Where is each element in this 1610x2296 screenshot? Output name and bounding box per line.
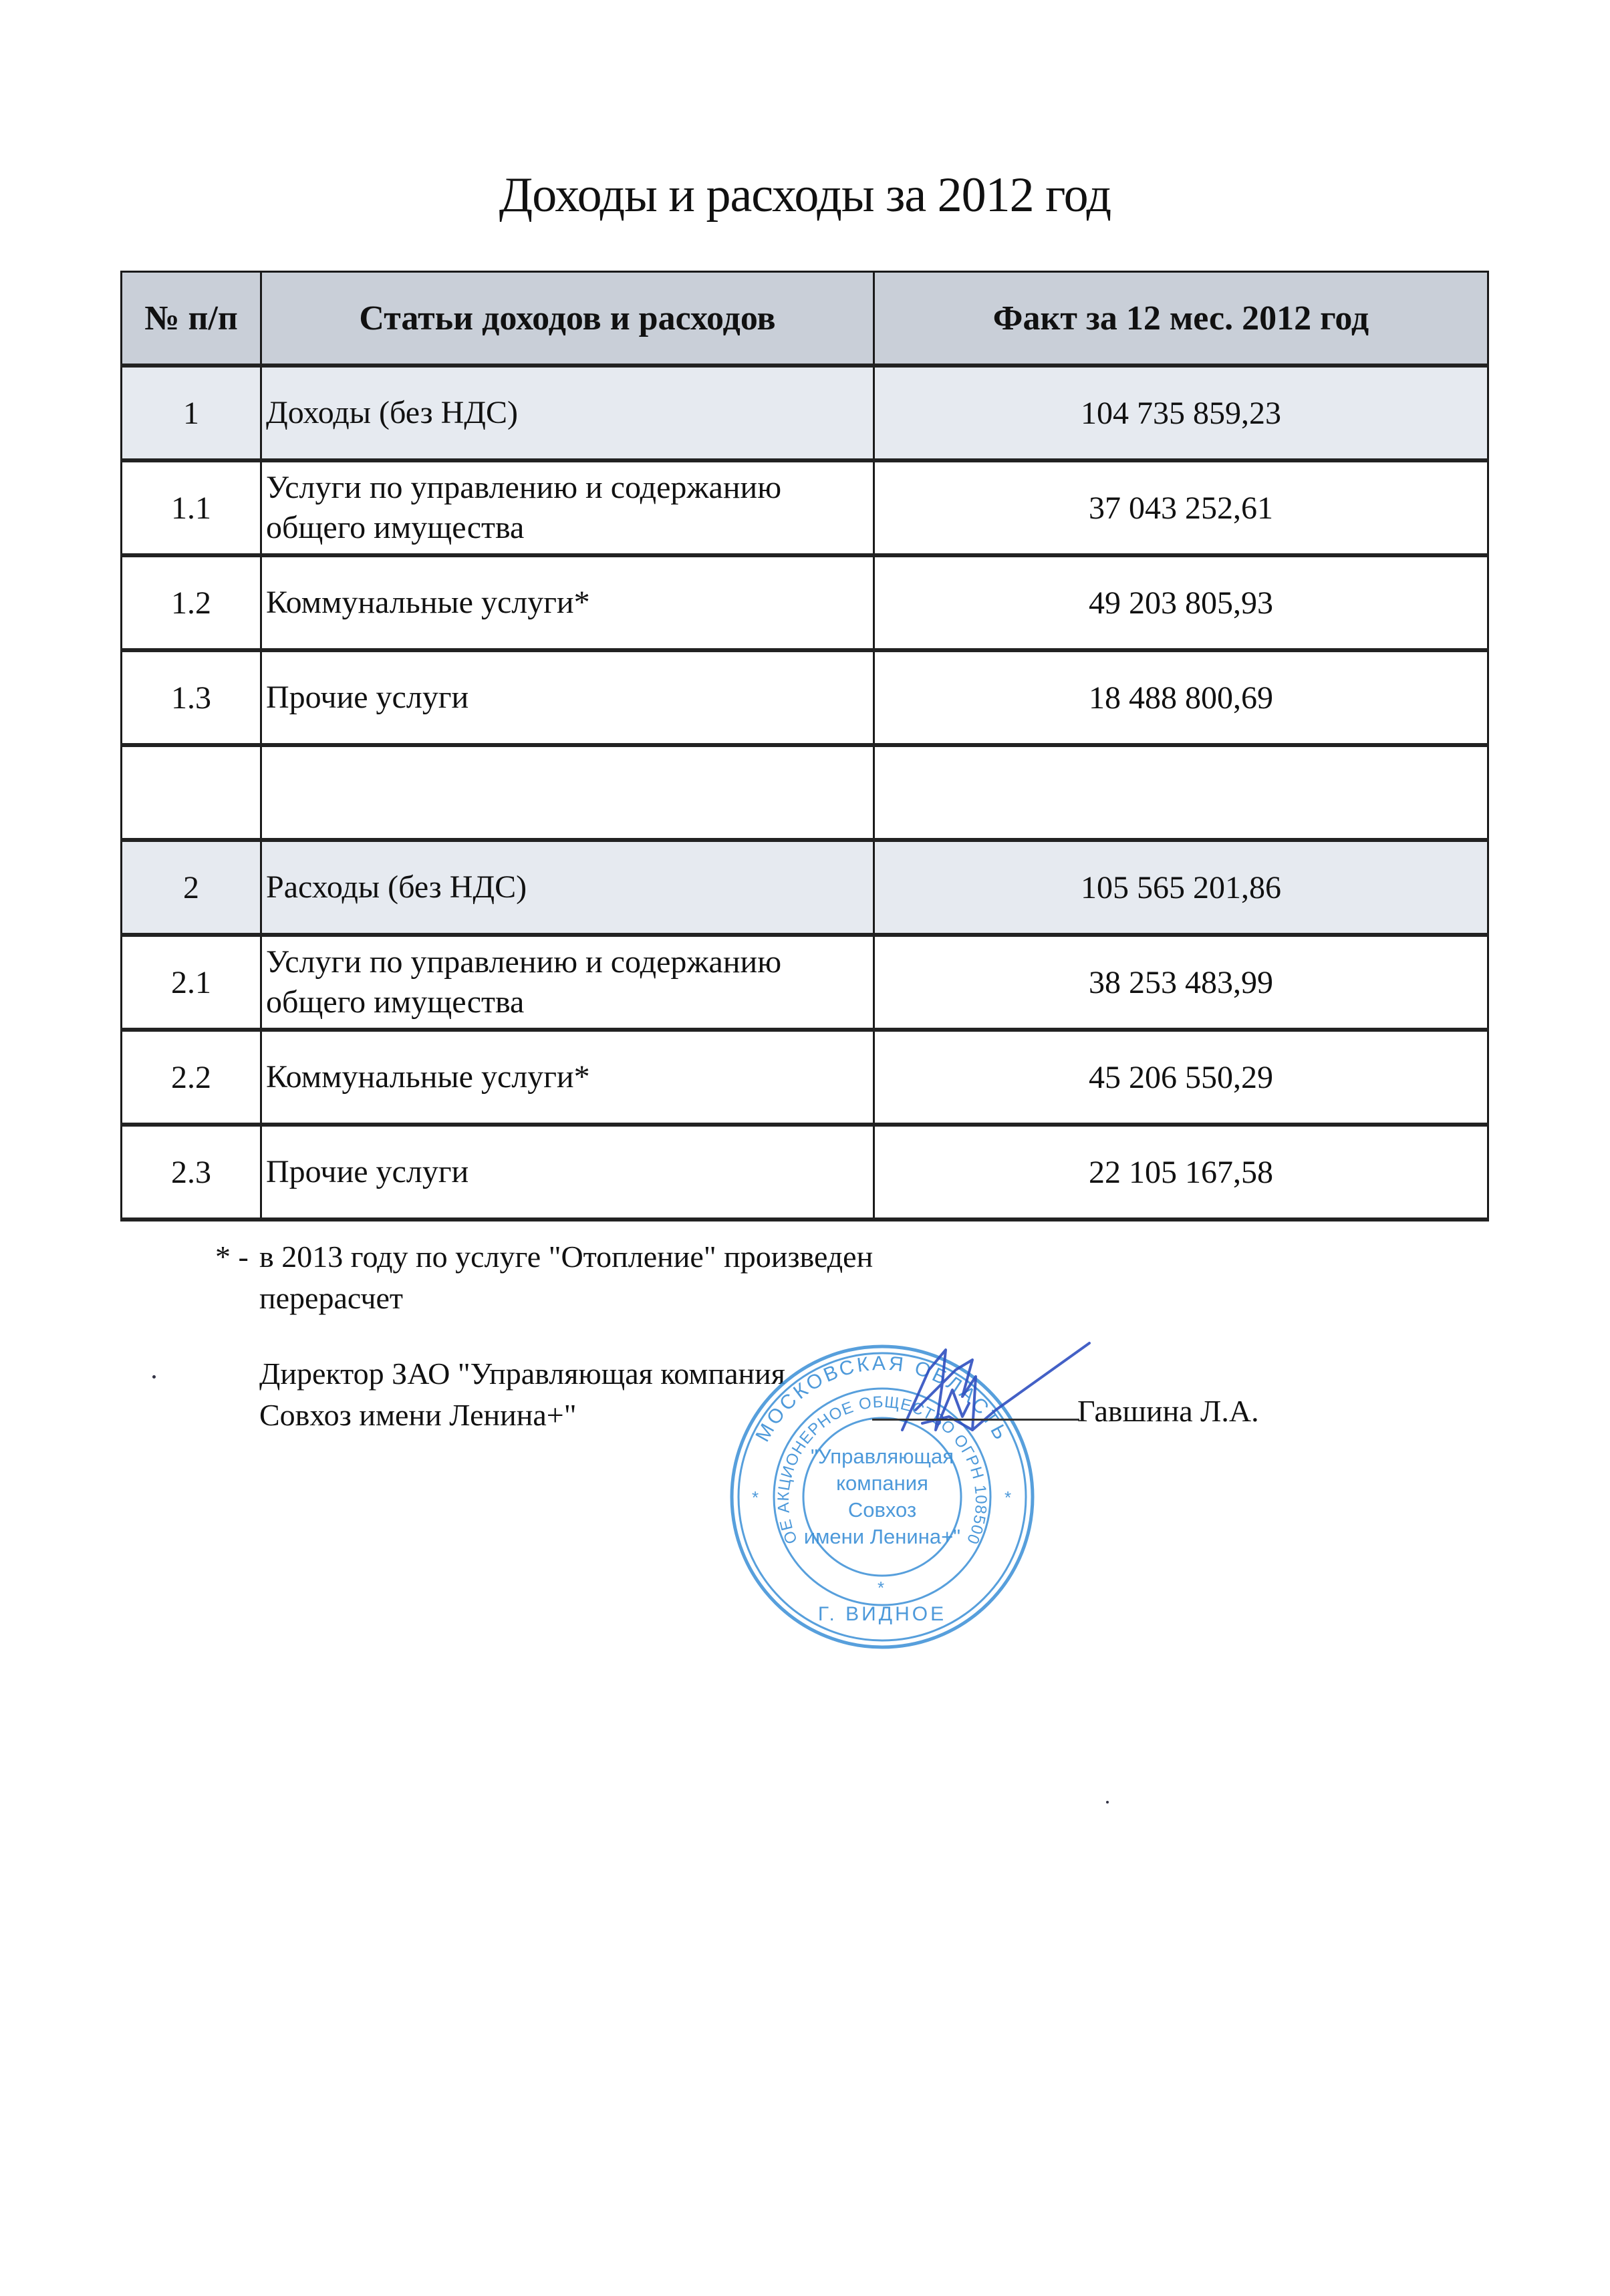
footnote-line-2: перерасчет [215, 1278, 873, 1319]
row-value: 49 203 805,93 [874, 555, 1488, 650]
row-number: 2.3 [122, 1125, 261, 1219]
svg-text:Г. ВИДНОЕ: Г. ВИДНОЕ [818, 1603, 946, 1625]
signature-line [872, 1419, 1079, 1421]
row-item: Коммунальные услуги* [261, 555, 874, 650]
row-item: Доходы (без НДС) [261, 366, 874, 460]
row-item: Прочие услуги [261, 650, 874, 745]
row-number: 1.2 [122, 555, 261, 650]
svg-text:Совхоз: Совхоз [848, 1498, 916, 1522]
signer-name: Гавшина Л.А. [1077, 1393, 1259, 1429]
row-number: 2 [122, 840, 261, 935]
table-row: 2.1Услуги по управлению и содержанию общ… [122, 935, 1488, 1030]
row-value: 18 488 800,69 [874, 650, 1488, 745]
table-row: 2Расходы (без НДС)105 565 201,86 [122, 840, 1488, 935]
income-expense-table: № п/п Статьи доходов и расходов Факт за … [120, 271, 1489, 1222]
signature-block: Директор ЗАО "Управляющая компания Совхо… [259, 1353, 785, 1436]
header-item: Статьи доходов и расходов [261, 272, 874, 366]
row-item: Услуги по управлению и содержанию общего… [261, 460, 874, 555]
row-item: Услуги по управлению и содержанию общего… [261, 935, 874, 1030]
table-row: 1Доходы (без НДС)104 735 859,23 [122, 366, 1488, 460]
scan-speck [152, 1375, 156, 1379]
row-value: 37 043 252,61 [874, 460, 1488, 555]
row-value [874, 745, 1488, 840]
table-row [122, 745, 1488, 840]
header-number: № п/п [122, 272, 261, 366]
row-number [122, 745, 261, 840]
row-item: Прочие услуги [261, 1125, 874, 1219]
row-number: 2.2 [122, 1030, 261, 1125]
document-title: Доходы и расходы за 2012 год [0, 167, 1610, 224]
svg-text:*: * [752, 1487, 759, 1508]
row-value: 22 105 167,58 [874, 1125, 1488, 1219]
svg-text:компания: компания [836, 1471, 928, 1495]
table-row: 1.1Услуги по управлению и содержанию общ… [122, 460, 1488, 555]
row-number: 2.1 [122, 935, 261, 1030]
row-value: 45 206 550,29 [874, 1030, 1488, 1125]
scan-speck [1106, 1801, 1109, 1804]
table-row: 2.2Коммунальные услуги*45 206 550,29 [122, 1030, 1488, 1125]
svg-text:*: * [878, 1578, 884, 1598]
signer-position-line-1: Директор ЗАО "Управляющая компания [259, 1353, 785, 1395]
row-item: Расходы (без НДС) [261, 840, 874, 935]
svg-text:имени Ленина+": имени Ленина+" [804, 1525, 960, 1548]
row-value: 105 565 201,86 [874, 840, 1488, 935]
footnote-mark: * - [215, 1236, 259, 1278]
row-value: 104 735 859,23 [874, 366, 1488, 460]
header-value: Факт за 12 мес. 2012 год [874, 272, 1488, 366]
row-item [261, 745, 874, 840]
signer-position-line-2: Совхоз имени Ленина+" [259, 1395, 785, 1436]
footnote-line-1: в 2013 году по услуге "Отопление" произв… [259, 1240, 873, 1274]
table-header-row: № п/п Статьи доходов и расходов Факт за … [122, 272, 1488, 366]
row-item: Коммунальные услуги* [261, 1030, 874, 1125]
table-row: 1.2Коммунальные услуги*49 203 805,93 [122, 555, 1488, 650]
row-number: 1 [122, 366, 261, 460]
handwritten-signature-icon [835, 1330, 1116, 1463]
row-number: 1.1 [122, 460, 261, 555]
footnote: * -в 2013 году по услуге "Отопление" про… [215, 1236, 873, 1319]
table-row: 2.3Прочие услуги22 105 167,58 [122, 1125, 1488, 1219]
row-value: 38 253 483,99 [874, 935, 1488, 1030]
svg-text:*: * [1004, 1487, 1011, 1508]
table-row: 1.3Прочие услуги18 488 800,69 [122, 650, 1488, 745]
row-number: 1.3 [122, 650, 261, 745]
